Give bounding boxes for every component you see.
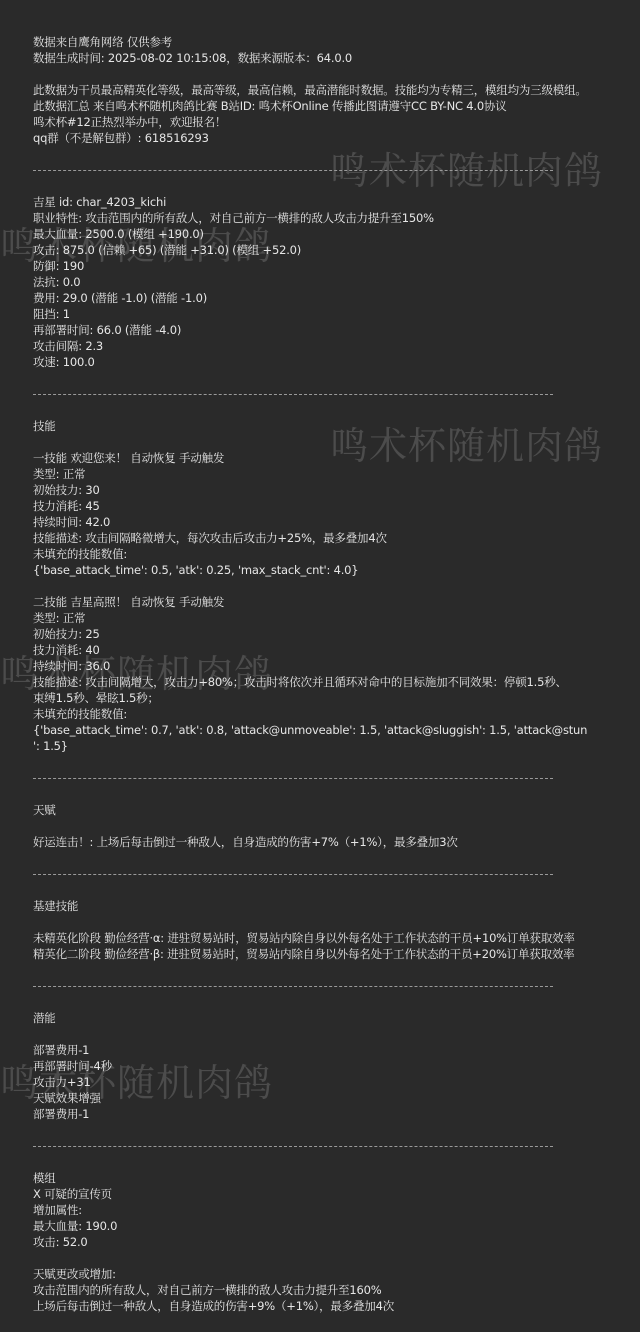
base-skills-heading: 基建技能 (33, 898, 623, 914)
skill1-desc: 技能描述: 攻击间隔略微增大，每次攻击后攻击力+25%，最多叠加4次 (33, 530, 623, 546)
skill2-type: 类型: 正常 (33, 610, 623, 626)
module-atk: 攻击: 52.0 (33, 1234, 623, 1250)
skill2-sp-cost: 技力消耗: 40 (33, 642, 623, 658)
source-note: 数据来自鹰角网络 仅供参考 (33, 34, 623, 50)
skill2-desc: 技能描述: 攻击间隔增大，攻击力+80%；攻击时将依次并且循环对命中的目标施加不… (33, 674, 623, 690)
operator-interval: 攻击间隔: 2.3 (33, 338, 623, 354)
skill2-init-sp: 初始技力: 25 (33, 626, 623, 642)
event-note: 鸣术杯#12正热烈举办中，欢迎报名！ (33, 114, 623, 130)
divider (33, 1138, 623, 1154)
skill1-duration: 持续时间: 42.0 (33, 514, 623, 530)
operator-res: 法抗: 0.0 (33, 274, 623, 290)
skill2-unfilled-cont: ': 1.5} (33, 738, 623, 754)
module-name: X 可疑的宣传页 (33, 1186, 623, 1202)
skill2-name: 二技能 吉星高照！ 自动恢复 手动触发 (33, 594, 623, 610)
skill2-desc-cont: 束缚1.5秒、晕眩1.5秒； (33, 690, 623, 706)
talent-item: 好运连击！: 上场后每击倒过一种敌人，自身造成的伤害+7%（+1%），最多叠加3… (33, 834, 623, 850)
operator-cost: 费用: 29.0 (潜能 -1.0) (潜能 -1.0) (33, 290, 623, 306)
divider (33, 162, 623, 178)
qq-group: qq群（不是解包群）: 618516293 (33, 130, 623, 146)
operator-hp: 最大血量: 2500.0 (模组 +190.0) (33, 226, 623, 242)
operator-speed: 攻速: 100.0 (33, 354, 623, 370)
module-heading: 模组 (33, 1170, 623, 1186)
operator-trait: 职业特性: 攻击范围内的所有敌人，对自己前方一横排的敌人攻击力提升至150% (33, 210, 623, 226)
divider (33, 770, 623, 786)
data-note: 此数据为干员最高精英化等级，最高等级，最高信赖，最高潜能时数据。技能均为专精三，… (33, 82, 623, 98)
operator-id: 吉星 id: char_4203_kichi (33, 194, 623, 210)
module-hp: 最大血量: 190.0 (33, 1218, 623, 1234)
operator-def: 防御: 190 (33, 258, 623, 274)
skill1-init-sp: 初始技力: 30 (33, 482, 623, 498)
skill1-type: 类型: 正常 (33, 466, 623, 482)
base-skill-item: 精英化二阶段 勤俭经营·β: 进驻贸易站时，贸易站内除自身以外每名处于工作状态的… (33, 946, 623, 962)
skills-heading: 技能 (33, 418, 623, 434)
potential-item: 天赋效果增强 (33, 1090, 623, 1106)
skill1-unfilled: {'base_attack_time': 0.5, 'atk': 0.25, '… (33, 562, 623, 578)
skill1-unfilled-label: 未填充的技能数值: (33, 546, 623, 562)
potential-item: 部署费用-1 (33, 1106, 623, 1122)
skill1-sp-cost: 技力消耗: 45 (33, 498, 623, 514)
generated-time: 数据生成时间: 2025-08-02 10:15:08，数据来源版本：64.0.… (33, 50, 623, 66)
potential-item: 攻击力+31 (33, 1074, 623, 1090)
potential-item: 再部署时间-4秒 (33, 1058, 623, 1074)
module-talent-item: 上场后每击倒过一种敌人，自身造成的伤害+9%（+1%），最多叠加4次 (33, 1298, 623, 1314)
skill2-unfilled-label: 未填充的技能数值: (33, 706, 623, 722)
skill1-name: 一技能 欢迎您来！ 自动恢复 手动触发 (33, 450, 623, 466)
talent-heading: 天赋 (33, 802, 623, 818)
potential-heading: 潜能 (33, 1010, 623, 1026)
module-attr-label: 增加属性: (33, 1202, 623, 1218)
license-note: 此数据汇总 来自鸣术杯随机肉鸽比赛 B站ID: 鸣术杯Online 传播此图请遵… (33, 98, 623, 114)
module-talent-label: 天赋更改或增加: (33, 1266, 623, 1282)
divider (33, 866, 623, 882)
potential-item: 部署费用-1 (33, 1042, 623, 1058)
divider (33, 386, 623, 402)
operator-block: 阻挡: 1 (33, 306, 623, 322)
operator-atk: 攻击: 875.0 (信赖 +65) (潜能 +31.0) (模组 +52.0) (33, 242, 623, 258)
base-skill-item: 未精英化阶段 勤俭经营·α: 进驻贸易站时，贸易站内除自身以外每名处于工作状态的… (33, 930, 623, 946)
operator-redeploy: 再部署时间: 66.0 (潜能 -4.0) (33, 322, 623, 338)
document-body: 数据来自鹰角网络 仅供参考 数据生成时间: 2025-08-02 10:15:0… (33, 34, 623, 1314)
skill2-unfilled: {'base_attack_time': 0.7, 'atk': 0.8, 'a… (33, 722, 623, 738)
divider (33, 978, 623, 994)
module-talent-item: 攻击范围内的所有敌人，对自己前方一横排的敌人攻击力提升至160% (33, 1282, 623, 1298)
skill2-duration: 持续时间: 36.0 (33, 658, 623, 674)
